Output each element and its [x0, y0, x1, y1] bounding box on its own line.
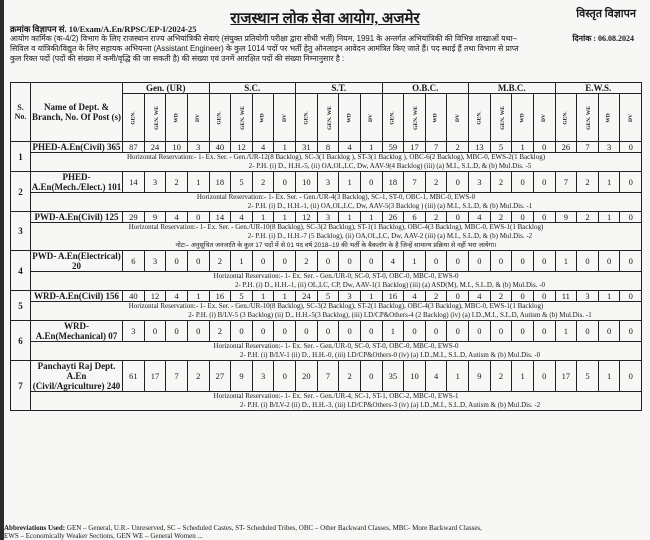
post-count-cell: 0 — [252, 321, 274, 342]
subheader-cell: DV — [447, 94, 469, 142]
header-group-gen: Gen. (UR) — [123, 83, 210, 94]
post-count-cell: 87 — [123, 142, 145, 153]
table-row: 5WRD-A.En(Civil) 15640124116511245311642… — [11, 291, 642, 302]
post-count-cell: 3 — [577, 291, 599, 302]
post-count-cell: 0 — [231, 321, 253, 342]
post-count-cell: 3 — [339, 291, 361, 302]
horizontal-reservation-row: Horizontal Reservation:- 1- Ex. Ser. - G… — [11, 193, 642, 212]
horizontal-reservation-row: Horizontal Reservation:- 1- Ex. Ser. - G… — [11, 302, 642, 321]
subheader-label: GEN. — [130, 111, 136, 124]
horizontal-reservation-row: Horizontal Reservation:- 1- Ex. Ser. - G… — [11, 272, 642, 291]
post-count-cell: 0 — [577, 251, 599, 272]
serial-number: 3 — [11, 212, 31, 251]
subheader-label: GEN. WE — [586, 106, 592, 130]
subheader-label: WD — [174, 113, 180, 122]
subheader-label: GEN. WE — [500, 106, 506, 130]
reservation-line-1: Horizontal Reservation:- 1- Ex. Ser. - G… — [129, 302, 544, 310]
post-count-cell: 0 — [252, 251, 274, 272]
post-count-cell: 2 — [425, 212, 447, 223]
post-count-cell: 0 — [620, 361, 642, 392]
post-count-cell: 0 — [339, 251, 361, 272]
subheader-cell: GEN. — [209, 94, 231, 142]
post-count-cell: 0 — [425, 251, 447, 272]
post-count-cell: 20 — [296, 361, 318, 392]
subheader-cell: GEN. — [469, 94, 491, 142]
post-count-cell: 1 — [339, 212, 361, 223]
post-count-cell: 0 — [620, 212, 642, 223]
post-count-cell: 26 — [555, 142, 577, 153]
post-count-cell: 12 — [144, 291, 166, 302]
subheader-label: DV — [455, 114, 461, 122]
subheader-cell: GEN. — [123, 94, 145, 142]
post-count-cell: 1 — [252, 212, 274, 223]
table-row: 6WRD- A.En(Mechanical) 07300020000000100… — [11, 321, 642, 342]
post-count-cell: 0 — [512, 212, 534, 223]
subheader-label: DV — [541, 114, 547, 122]
post-count-cell: 0 — [447, 172, 469, 193]
advertisement-page: राजस्थान लोक सेवा आयोग, अजमेर विस्तृत वि… — [0, 0, 650, 540]
post-count-cell: 1 — [512, 142, 534, 153]
subheader-label: GEN. WE — [413, 106, 419, 130]
post-count-cell: 0 — [620, 251, 642, 272]
post-count-cell: 0 — [620, 142, 642, 153]
horizontal-reservation: Horizontal Reservation:- 1- Ex. Ser. - G… — [31, 302, 642, 321]
subheader-cell: GEN. WE — [317, 94, 339, 142]
post-count-cell: 1 — [382, 321, 404, 342]
post-count-cell: 6 — [404, 212, 426, 223]
horizontal-reservation: Horizontal Reservation:- 1- Ex. Ser. - G… — [31, 392, 642, 411]
horizontal-reservation-row: Horizontal Reservation:- 1- Ex. Ser. - G… — [11, 153, 642, 172]
post-count-cell: 31 — [296, 142, 318, 153]
post-count-cell: 0 — [490, 251, 512, 272]
post-count-cell: 0 — [533, 142, 555, 153]
serial-number: 6 — [11, 321, 31, 361]
post-count-cell: 0 — [577, 321, 599, 342]
post-count-cell: 2 — [490, 361, 512, 392]
post-count-cell: 1 — [274, 291, 296, 302]
post-count-cell: 0 — [144, 321, 166, 342]
post-count-cell: 9 — [469, 361, 491, 392]
abbreviations: Abbreviations Used: GEN – General, U.R.-… — [4, 524, 650, 540]
post-count-cell: 5 — [317, 291, 339, 302]
post-count-cell: 10 — [166, 142, 188, 153]
post-count-cell: 4 — [382, 251, 404, 272]
post-count-cell: 0 — [360, 251, 382, 272]
subheader-label: WD — [433, 113, 439, 122]
post-count-cell: 2 — [490, 212, 512, 223]
post-count-cell: 1 — [598, 361, 620, 392]
department-name: WRD-A.En(Civil) 156 — [31, 291, 123, 302]
department-name: PHED-A.En(Civil) 365 — [31, 142, 123, 153]
post-count-cell: 4 — [166, 212, 188, 223]
post-count-cell: 1 — [555, 321, 577, 342]
subheader-cell: DV — [274, 94, 296, 142]
subheader-label: WD — [347, 113, 353, 122]
post-count-cell: 3 — [317, 172, 339, 193]
post-count-cell: 0 — [490, 321, 512, 342]
post-count-cell: 1 — [447, 361, 469, 392]
post-count-cell: 2 — [209, 251, 231, 272]
horizontal-reservation-row: Horizontal Reservation:- 1- Ex. Ser. - G… — [11, 392, 642, 411]
post-count-cell: 0 — [360, 361, 382, 392]
subheader-cell: WD — [425, 94, 447, 142]
post-count-cell: 0 — [274, 172, 296, 193]
post-count-cell: 1 — [555, 251, 577, 272]
post-count-cell: 4 — [231, 212, 253, 223]
header-dept: Name of Dept. & Branch, No. Of Post (s) — [31, 83, 123, 142]
reservation-line-2: 2- P.H. (i) B/LV-1 (ii) D., H.H.-0, (iii… — [31, 351, 641, 360]
post-count-cell: 17 — [555, 361, 577, 392]
detailed-advertisement-label: विस्तृत विज्ञापन — [576, 6, 636, 21]
post-count-cell: 6 — [123, 251, 145, 272]
post-count-cell: 18 — [382, 172, 404, 193]
post-count-cell: 0 — [317, 321, 339, 342]
posts-table: S. No. Name of Dept. & Branch, No. Of Po… — [10, 82, 642, 411]
post-count-cell: 3 — [317, 212, 339, 223]
post-count-cell: 4 — [425, 361, 447, 392]
post-count-cell: 40 — [209, 142, 231, 153]
horizontal-reservation-row: Horizontal Reservation:- 1- Ex. Ser. - G… — [11, 342, 642, 361]
reservation-line-2: 2- P.H. (i) D., H.H.-1, (ii) OA,OL,LC, D… — [31, 202, 641, 211]
post-count-cell: 1 — [274, 142, 296, 153]
post-count-cell: 0 — [447, 251, 469, 272]
post-count-cell: 1 — [598, 172, 620, 193]
post-count-cell: 0 — [533, 212, 555, 223]
post-count-cell: 5 — [231, 172, 253, 193]
post-count-cell: 5 — [577, 361, 599, 392]
post-count-cell: 24 — [296, 291, 318, 302]
subheader-label: DV — [628, 114, 634, 122]
table-body: 1PHED-A.En(Civil) 3658724103401241318415… — [11, 142, 642, 411]
post-count-cell: 13 — [469, 142, 491, 153]
reservation-line-1: Horizontal Reservation:- 1- Ex. Ser. - G… — [127, 153, 545, 161]
abbreviations-text: GEN – General, U.R.- Unreserved, SC – Sc… — [67, 524, 482, 532]
post-count-cell: 0 — [469, 251, 491, 272]
subheader-cell: WD — [339, 94, 361, 142]
subheader-label: GEN. WE — [240, 106, 246, 130]
post-count-cell: 0 — [533, 172, 555, 193]
serial-number: 4 — [11, 251, 31, 291]
post-count-cell: 0 — [296, 321, 318, 342]
header-group-ews: E.W.S. — [555, 83, 642, 94]
subheader-cell: GEN. WE — [577, 94, 599, 142]
post-count-cell: 7 — [425, 142, 447, 153]
subheader-cell: WD — [598, 94, 620, 142]
post-count-cell: 0 — [598, 251, 620, 272]
post-count-cell: 3 — [144, 172, 166, 193]
reservation-line-1: Horizontal Reservation:- 1- Ex. Ser. - G… — [214, 342, 459, 350]
serial-number: 1 — [11, 142, 31, 172]
table-row: 3PWD-A.En(Civil) 12529940144111231126620… — [11, 212, 642, 223]
post-count-cell: 0 — [620, 321, 642, 342]
post-count-cell: 1 — [187, 291, 209, 302]
post-count-cell: 0 — [274, 321, 296, 342]
post-count-cell: 0 — [469, 321, 491, 342]
subheader-label: WD — [606, 113, 612, 122]
subheader-label: DV — [368, 114, 374, 122]
department-name: PHED- A.En(Mech./Elect.) 101 — [31, 172, 123, 193]
horizontal-reservation: Horizontal Reservation:- 1- Ex. Ser. - G… — [31, 272, 642, 291]
post-count-cell: 0 — [620, 291, 642, 302]
post-count-cell: 0 — [404, 321, 426, 342]
post-count-cell: 0 — [360, 321, 382, 342]
post-count-cell: 2 — [490, 172, 512, 193]
post-count-cell: 26 — [382, 212, 404, 223]
abbreviations-label: Abbreviations Used: — [4, 524, 65, 532]
post-count-cell: 0 — [512, 291, 534, 302]
post-count-cell: 0 — [360, 172, 382, 193]
post-count-cell: 14 — [123, 172, 145, 193]
post-count-cell: 4 — [404, 291, 426, 302]
abbreviations-text-2: EWS – Economically Weaker Sections, GEN … — [4, 532, 203, 540]
page-edge — [0, 0, 4, 540]
header-sno: S. No. — [11, 83, 31, 142]
subheader-label: GEN. — [563, 111, 569, 124]
subheader-label: GEN. — [217, 111, 223, 124]
subheader-cell: DV — [360, 94, 382, 142]
department-name: PWD- A.En(Electrical) 20 — [31, 251, 123, 272]
post-count-cell: 0 — [533, 291, 555, 302]
post-count-cell: 35 — [382, 361, 404, 392]
subheader-cell: WD — [166, 94, 188, 142]
post-count-cell: 16 — [382, 291, 404, 302]
post-count-cell: 7 — [555, 172, 577, 193]
post-count-cell: 59 — [382, 142, 404, 153]
post-count-cell: 0 — [512, 321, 534, 342]
post-count-cell: 14 — [209, 212, 231, 223]
post-count-cell: 10 — [404, 361, 426, 392]
post-count-cell: 1 — [339, 172, 361, 193]
post-count-cell: 0 — [166, 321, 188, 342]
subheader-cell: GEN. WE — [404, 94, 426, 142]
post-count-cell: 1 — [360, 212, 382, 223]
post-count-cell: 0 — [533, 361, 555, 392]
header-group-mbc: M.B.C. — [469, 83, 556, 94]
post-count-cell: 0 — [339, 321, 361, 342]
post-count-cell: 1 — [360, 142, 382, 153]
post-count-cell: 24 — [144, 142, 166, 153]
post-count-cell: 0 — [512, 251, 534, 272]
horizontal-reservation: Horizontal Reservation:- 1- Ex. Ser. - G… — [31, 153, 642, 172]
subheader-label: GEN. — [303, 111, 309, 124]
post-count-cell: 0 — [187, 321, 209, 342]
post-count-cell: 1 — [598, 291, 620, 302]
post-count-cell: 18 — [209, 172, 231, 193]
post-count-cell: 7 — [404, 172, 426, 193]
post-count-cell: 12 — [231, 142, 253, 153]
post-count-cell: 2 — [577, 172, 599, 193]
post-count-cell: 2 — [577, 212, 599, 223]
post-count-cell: 40 — [123, 291, 145, 302]
post-count-cell: 3 — [144, 251, 166, 272]
reservation-line-1: Horizontal Reservation:- 1- Ex. Ser. - G… — [214, 272, 459, 280]
post-count-cell: 0 — [166, 251, 188, 272]
post-count-cell: 1 — [598, 212, 620, 223]
subheader-cell: GEN. — [382, 94, 404, 142]
post-count-cell: 11 — [555, 291, 577, 302]
post-count-cell: 5 — [231, 291, 253, 302]
post-count-cell: 2 — [490, 291, 512, 302]
subheader-cell: GEN. — [296, 94, 318, 142]
post-count-cell: 0 — [317, 251, 339, 272]
post-count-cell: 9 — [144, 212, 166, 223]
post-count-cell: 7 — [577, 142, 599, 153]
subheader-label: GEN. — [390, 111, 396, 124]
serial-number: 2 — [11, 172, 31, 212]
header-group-st: S.T. — [296, 83, 383, 94]
post-count-cell: 3 — [469, 172, 491, 193]
reservation-note: नोटः– अनुसूचित जनजाति के कुल 17 पदों में… — [31, 241, 641, 250]
post-count-cell: 5 — [490, 142, 512, 153]
subheader-cell: WD — [252, 94, 274, 142]
subheader-label: WD — [260, 113, 266, 122]
header-group-obc: O.B.C. — [382, 83, 469, 94]
post-count-cell: 1 — [404, 251, 426, 272]
post-count-cell: 12 — [296, 212, 318, 223]
horizontal-reservation: Horizontal Reservation:- 1- Ex. Ser. - G… — [31, 223, 642, 251]
post-count-cell: 9 — [231, 361, 253, 392]
post-count-cell: 0 — [274, 361, 296, 392]
serial-number: 7 — [11, 361, 31, 411]
post-count-cell: 0 — [533, 321, 555, 342]
post-count-cell: 2 — [425, 291, 447, 302]
post-count-cell: 1 — [187, 172, 209, 193]
post-count-cell: 10 — [296, 172, 318, 193]
post-count-cell: 2 — [209, 321, 231, 342]
post-count-cell: 0 — [620, 172, 642, 193]
post-count-cell: 16 — [209, 291, 231, 302]
post-count-cell: 0 — [447, 212, 469, 223]
post-count-cell: 4 — [339, 142, 361, 153]
reservation-line-2: 2- P.H. (i) B/LV-5 (3 Backlog) (ii) D., … — [31, 311, 641, 320]
subheader-label: GEN. — [476, 111, 482, 124]
reservation-line-2: 2- P.H. (i) D., H.H.-1, (ii) OL,LC, CP, … — [31, 281, 641, 290]
table-row: 4PWD- A.En(Electrical) 20630021002000410… — [11, 251, 642, 272]
post-count-cell: 3 — [187, 142, 209, 153]
post-count-cell: 0 — [598, 321, 620, 342]
post-count-cell: 0 — [274, 251, 296, 272]
subheader-cell: GEN. WE — [490, 94, 512, 142]
subheader-cell: DV — [187, 94, 209, 142]
post-count-cell: 0 — [187, 212, 209, 223]
post-count-cell: 0 — [447, 321, 469, 342]
department-name: Panchayti Raj Dept. A.En (Civil/Agricult… — [31, 361, 123, 392]
subheader-cell: DV — [620, 94, 642, 142]
subheader-label: DV — [282, 114, 288, 122]
table-row: 2PHED- A.En(Mech./Elect.) 10114321185201… — [11, 172, 642, 193]
post-count-cell: 9 — [555, 212, 577, 223]
post-count-cell: 8 — [317, 142, 339, 153]
post-count-cell: 1 — [274, 212, 296, 223]
post-count-cell: 4 — [469, 212, 491, 223]
post-count-cell: 17 — [404, 142, 426, 153]
reservation-line-1: Horizontal Reservation:- 1- Ex. Ser. - G… — [197, 193, 475, 201]
subheader-label: DV — [195, 114, 201, 122]
subheader-cell: DV — [533, 94, 555, 142]
post-count-cell: 4 — [166, 291, 188, 302]
post-count-cell: 27 — [209, 361, 231, 392]
post-count-cell: 7 — [317, 361, 339, 392]
post-count-cell: 3 — [598, 142, 620, 153]
horizontal-reservation-row: Horizontal Reservation:- 1- Ex. Ser. - G… — [11, 223, 642, 251]
post-count-cell: 3 — [123, 321, 145, 342]
header-group-sc: S.C. — [209, 83, 296, 94]
horizontal-reservation: Horizontal Reservation:- 1- Ex. Ser. - G… — [31, 342, 642, 361]
post-count-cell: 2 — [166, 172, 188, 193]
subheader-label: GEN. WE — [154, 106, 160, 130]
department-name: PWD-A.En(Civil) 125 — [31, 212, 123, 223]
table-row: 1PHED-A.En(Civil) 3658724103401241318415… — [11, 142, 642, 153]
post-count-cell: 3 — [252, 361, 274, 392]
reservation-line-2: 2- P.H. (i) D., H.H.-7 (5 Backlog), (ii)… — [31, 232, 641, 241]
post-count-cell: 1 — [252, 291, 274, 302]
post-count-cell: 7 — [166, 361, 188, 392]
post-count-cell: 4 — [252, 142, 274, 153]
subheader-cell: GEN. WE — [144, 94, 166, 142]
horizontal-reservation: Horizontal Reservation:- 1- Ex. Ser. - G… — [31, 193, 642, 212]
post-count-cell: 2 — [296, 251, 318, 272]
post-count-cell: 4 — [469, 291, 491, 302]
post-count-cell: 2 — [187, 361, 209, 392]
subheader-cell: GEN. — [555, 94, 577, 142]
post-count-cell: 0 — [447, 291, 469, 302]
post-count-cell: 1 — [231, 251, 253, 272]
subheader-label: WD — [520, 113, 526, 122]
post-count-cell: 29 — [123, 212, 145, 223]
post-count-cell: 1 — [512, 361, 534, 392]
subheader-cell: GEN. WE — [231, 94, 253, 142]
reservation-line-1: Horizontal Reservation:- 1- Ex. Ser. - G… — [214, 392, 459, 400]
table-row: 7Panchayti Raj Dept. A.En (Civil/Agricul… — [11, 361, 642, 392]
department-name: WRD- A.En(Mechanical) 07 — [31, 321, 123, 342]
serial-number: 5 — [11, 291, 31, 321]
reservation-line-2: 2- P.H. (i) B/LV-2 (ii) D., H.H.-3, (iii… — [31, 401, 641, 410]
post-count-cell: 2 — [425, 172, 447, 193]
post-count-cell: 0 — [533, 251, 555, 272]
reservation-line-2: 2- P.H. (i) D., H.H.-5, (ii) OA,OL,LC, D… — [31, 162, 641, 171]
post-count-cell: 0 — [187, 251, 209, 272]
post-count-cell: 2 — [339, 361, 361, 392]
intro-paragraph: आयोग कार्मिक (क-4/2) विभाग के लिए राजस्थ… — [10, 34, 640, 64]
post-count-cell: 2 — [447, 142, 469, 153]
reservation-line-1: Horizontal Reservation:- 1- Ex. Ser. - G… — [129, 223, 544, 231]
subheader-cell: WD — [512, 94, 534, 142]
subheader-label: GEN. WE — [327, 106, 333, 130]
post-count-cell: 0 — [425, 321, 447, 342]
post-count-cell: 2 — [252, 172, 274, 193]
post-count-cell: 0 — [512, 172, 534, 193]
post-count-cell: 17 — [144, 361, 166, 392]
post-count-cell: 61 — [123, 361, 145, 392]
post-count-cell: 1 — [360, 291, 382, 302]
